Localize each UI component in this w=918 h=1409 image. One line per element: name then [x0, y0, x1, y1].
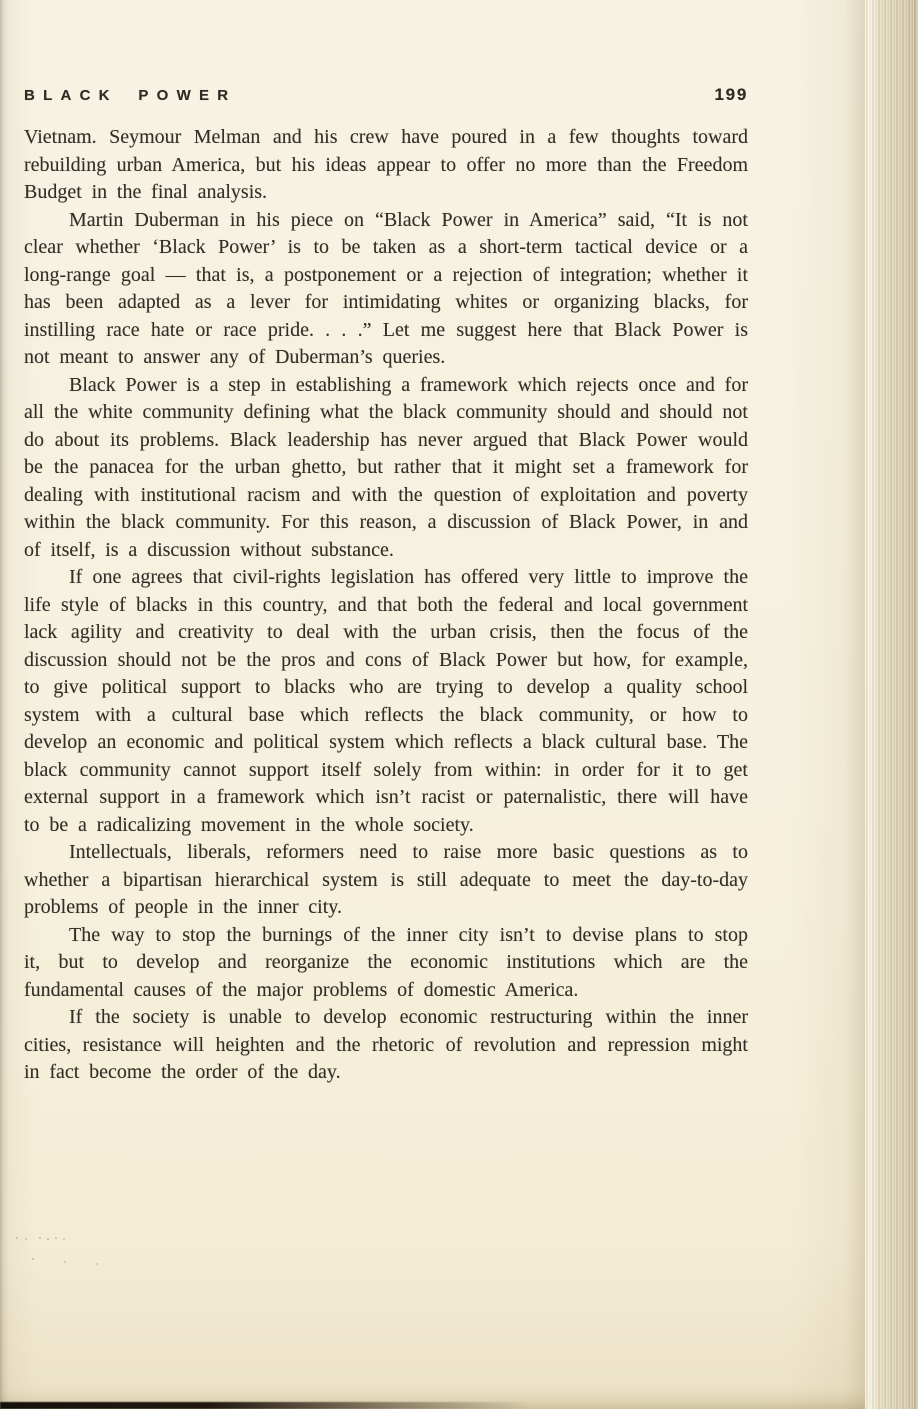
running-header: BLACK POWER 199 [24, 85, 748, 105]
pencil-specks [16, 1237, 18, 1239]
page-curl-shadow [845, 0, 865, 1409]
paragraph: Black Power is a step in establishing a … [24, 372, 748, 565]
page-number: 199 [715, 85, 748, 105]
paragraph-continuation: Vietnam. Seymour Melman and his crew hav… [24, 124, 748, 207]
body-text: Vietnam. Seymour Melman and his crew hav… [24, 124, 748, 1087]
pencil-specks [32, 1258, 34, 1260]
paragraph: Martin Duberman in his piece on “Black P… [24, 207, 748, 372]
scanned-book-photo: BLACK POWER 199 Vietnam. Seymour Melman … [0, 0, 918, 1409]
cover-edge-dark-bar [0, 1402, 530, 1409]
paragraph: If the society is unable to develop econ… [24, 1004, 748, 1087]
paragraph: If one agrees that civil-rights legislat… [24, 564, 748, 839]
book-fore-edge-pages [865, 0, 918, 1409]
scan-left-edge-shadow [0, 0, 9, 1409]
running-title: BLACK POWER [24, 87, 236, 104]
paragraph: Intellectuals, liberals, reformers need … [24, 839, 748, 922]
book-page: BLACK POWER 199 Vietnam. Seymour Melman … [0, 0, 918, 1409]
paragraph: The way to stop the burnings of the inne… [24, 922, 748, 1005]
